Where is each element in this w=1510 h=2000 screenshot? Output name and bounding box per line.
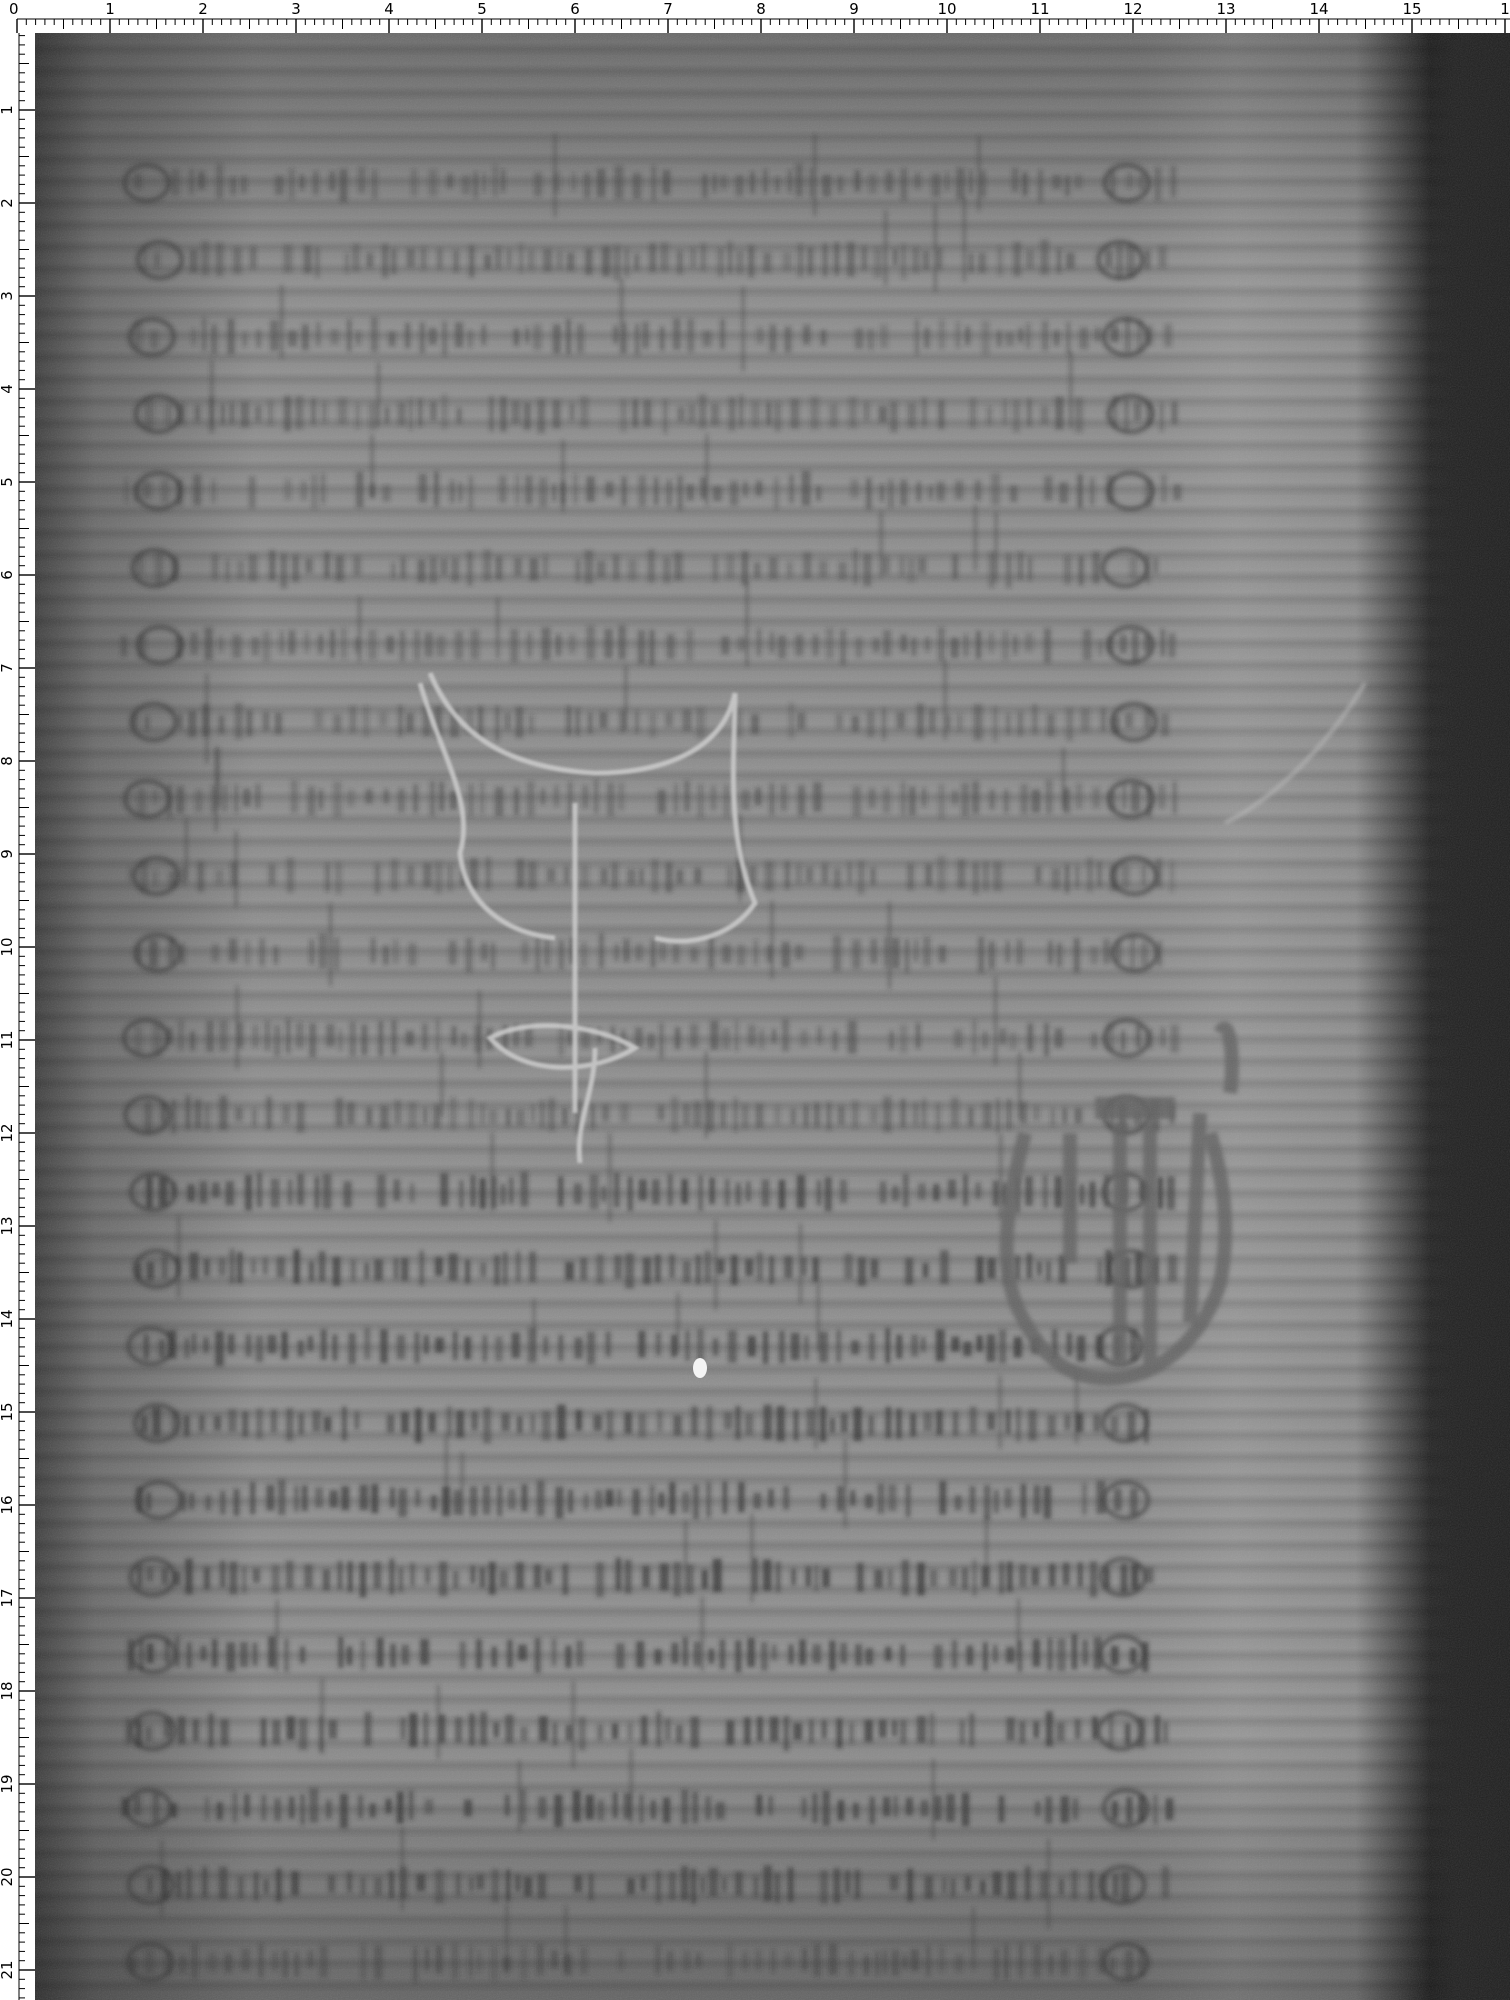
manuscript-content — [35, 33, 1510, 2000]
ruler-h-label: 15 — [1402, 0, 1421, 18]
ruler-v-label: 12 — [0, 1123, 16, 1142]
ruler-v-label: 2 — [0, 198, 16, 208]
ruler-v-label: 6 — [0, 570, 16, 580]
ruler-v-label: 21 — [0, 1960, 16, 1979]
ruler-h-label: 7 — [663, 0, 673, 18]
ruler-h-label: 0 — [9, 0, 19, 18]
ruler-v-label: 10 — [0, 937, 16, 956]
ruler-v-label: 4 — [0, 384, 16, 394]
ruler-v-label: 8 — [0, 756, 16, 766]
ruler-h-label: 2 — [198, 0, 208, 18]
ruler-h-label: 1 — [105, 0, 115, 18]
ruler-h-label: 10 — [937, 0, 956, 18]
ruler-h-label: 9 — [849, 0, 859, 18]
ruler-v-label: 5 — [0, 477, 16, 487]
ruler-v-label: 9 — [0, 849, 16, 859]
ruler-h-label: 13 — [1216, 0, 1235, 18]
ruler-h-label: 4 — [384, 0, 394, 18]
ruler-v-label: 19 — [0, 1774, 16, 1793]
ruler-h-label: 14 — [1309, 0, 1328, 18]
ruler-v-label: 18 — [0, 1681, 16, 1700]
ruler-h-label: 3 — [291, 0, 301, 18]
ruler-v-label: 14 — [0, 1309, 16, 1328]
ruler-v-label: 20 — [0, 1867, 16, 1886]
ruler-h-label: 11 — [1030, 0, 1049, 18]
horizontal-ruler-ticks: 01234567891011121314151 — [0, 0, 1510, 33]
ruler-v-label: 17 — [0, 1588, 16, 1607]
ruler-v-label: 13 — [0, 1216, 16, 1235]
bright-speck — [693, 1358, 707, 1378]
ruler-v-label: 15 — [0, 1402, 16, 1421]
manuscript-scan — [35, 33, 1510, 2000]
ruler-h-label: 1 — [1500, 0, 1510, 18]
vertical-ruler: 123456789101112131415161718192021 — [0, 0, 35, 2000]
ruler-h-label: 5 — [477, 0, 487, 18]
ruler-v-label: 7 — [0, 663, 16, 673]
ruler-h-label: 8 — [756, 0, 766, 18]
horizontal-ruler: 01234567891011121314151 — [0, 0, 1510, 33]
ruler-v-label: 16 — [0, 1495, 16, 1514]
ruler-v-label: 3 — [0, 291, 16, 301]
vertical-ruler-ticks: 123456789101112131415161718192021 — [0, 0, 35, 2000]
ruler-h-label: 6 — [570, 0, 580, 18]
ruler-v-label: 11 — [0, 1030, 16, 1049]
ruler-v-label: 1 — [0, 105, 16, 115]
ruler-h-label: 12 — [1123, 0, 1142, 18]
